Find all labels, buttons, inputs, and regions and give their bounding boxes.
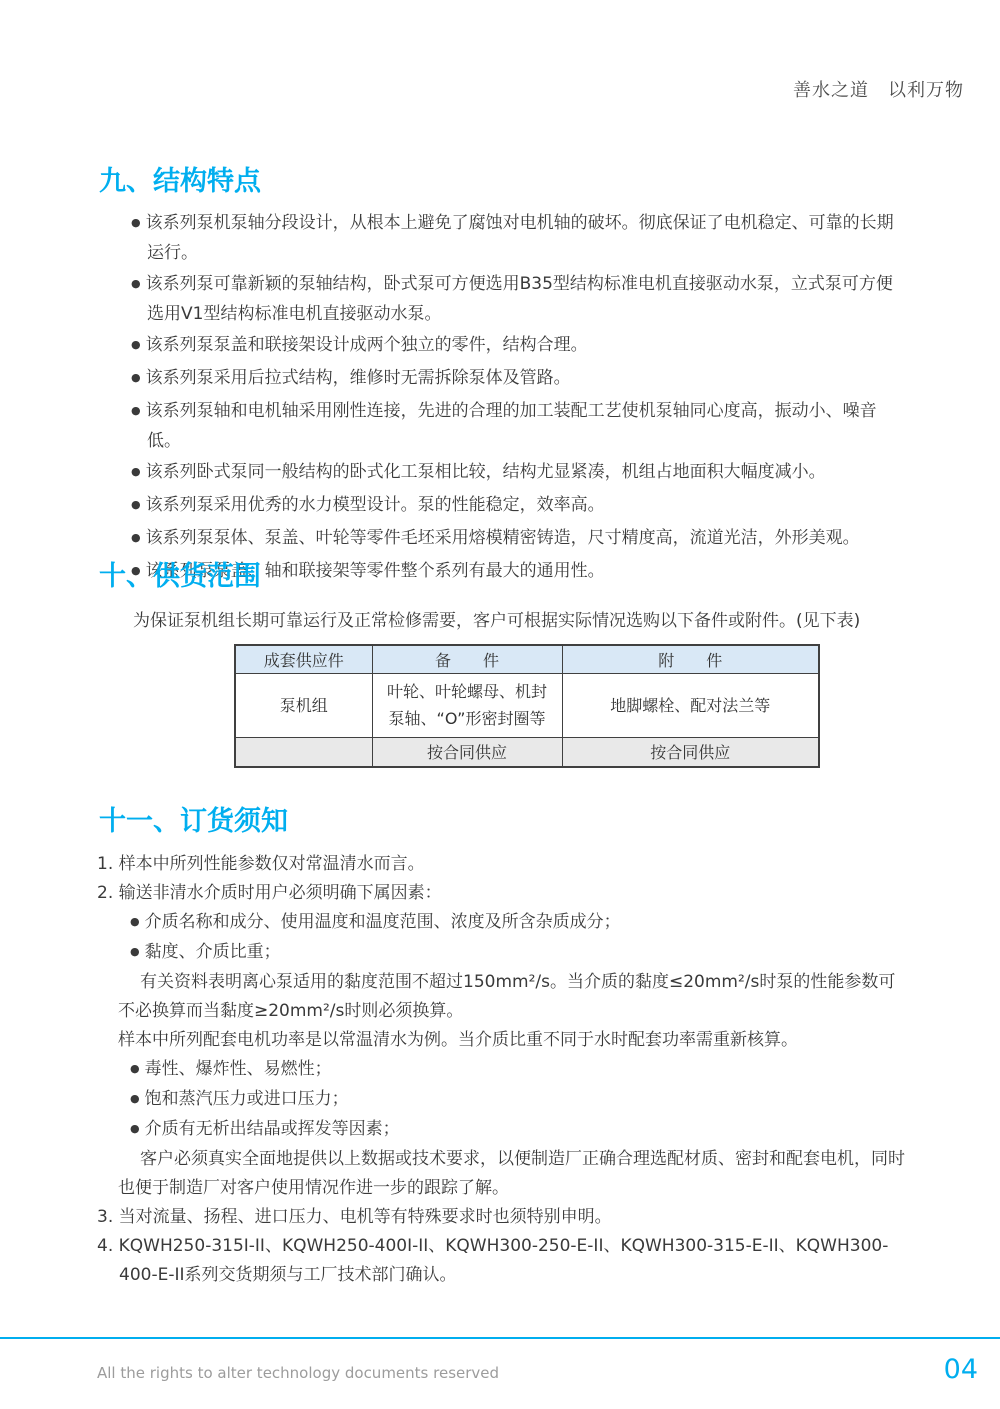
feature-item: 该系列泵可靠新颖的泵轴结构，卧式泵可方便选用B35型结构标准电机直接驱动水泵，立… [131, 270, 909, 328]
table-cell-per-contract-2: 按合同供应 [562, 737, 819, 767]
ordering-sub-bullet-e: 介质有无析出结晶或挥发等因素； [130, 1115, 909, 1145]
supply-table: 成套供应件 备 件 附 件 泵机组 叶轮、叶轮螺母、机封 泵轴、“O”形密封圈等… [234, 644, 820, 768]
table-header-row: 成套供应件 备 件 附 件 [235, 645, 819, 673]
feature-item: 该系列泵泵体、泵盖、叶轮等零件毛坯采用熔模精密铸造，尺寸精度高，流道光洁，外形美… [131, 524, 909, 554]
feature-item: 该系列泵采用优秀的水力模型设计。泵的性能稳定，效率高。 [131, 491, 909, 521]
ordering-item-4: 4. KQWH250-315I-II、KQWH250-400I-II、KQWH3… [97, 1232, 909, 1290]
table-cell-pump-unit: 泵机组 [235, 673, 372, 737]
footer-divider [0, 1337, 1000, 1339]
section-10-title: 十、供货范围 [99, 561, 261, 593]
feature-item: 该系列泵机泵轴分段设计，从根本上避免了腐蚀对电机轴的破坏。彻底保证了电机稳定、可… [131, 209, 909, 267]
ordering-item-3: 3. 当对流量、扬程、进口压力、电机等有特殊要求时也须特别申明。 [97, 1203, 909, 1232]
table-cell-empty [235, 737, 372, 767]
ordering-paragraph-viscosity: 有关资料表明离心泵适用的黏度范围不超过150mm²/s。当介质的黏度≤20mm²… [118, 968, 909, 1026]
feature-item: 该系列卧式泵同一般结构的卧式化工泵相比较，结构尤显紧凑，机组占地面积大幅度减小。 [131, 458, 909, 488]
catalog-page: 善水之道 以利万物 九、结构特点 该系列泵机泵轴分段设计，从根本上避免了腐蚀对电… [0, 0, 1000, 1409]
table-note-row: 按合同供应 按合同供应 [235, 737, 819, 767]
table-header-set-supply: 成套供应件 [235, 645, 372, 673]
ordering-sub-bullet-d: 饱和蒸汽压力或进口压力； [130, 1085, 909, 1115]
feature-item: 该系列泵泵盖和联接架设计成两个独立的零件，结构合理。 [131, 331, 909, 361]
brand-slogan: 善水之道 以利万物 [793, 76, 964, 102]
ordering-notes: 1. 样本中所列性能参数仅对常温清水而言。 2. 输送非清水介质时用户必须明确下… [97, 850, 909, 1290]
table-header-accessories: 附 件 [562, 645, 819, 673]
feature-list: 该系列泵机泵轴分段设计，从根本上避免了腐蚀对电机轴的破坏。彻底保证了电机稳定、可… [131, 209, 909, 590]
ordering-item-2: 2. 输送非清水介质时用户必须明确下属因素： [97, 879, 909, 908]
ordering-item-1: 1. 样本中所列性能参数仅对常温清水而言。 [97, 850, 909, 879]
ordering-paragraph-customer-data: 客户必须真实全面地提供以上数据或技术要求，以便制造厂正确合理选配材质、密封和配套… [118, 1145, 909, 1203]
table-header-spares: 备 件 [372, 645, 562, 673]
table-cell-accessories: 地脚螺栓、配对法兰等 [562, 673, 819, 737]
supply-intro: 为保证泵机组长期可靠运行及正常检修需要，客户可根据实际情况选购以下备件或附件。(… [133, 608, 953, 634]
table-cell-spares: 叶轮、叶轮螺母、机封 泵轴、“O”形密封圈等 [372, 673, 562, 737]
section-9-title: 九、结构特点 [99, 166, 261, 198]
table-cell-spares-line1: 叶轮、叶轮螺母、机封 [377, 678, 558, 705]
table-main-row: 泵机组 叶轮、叶轮螺母、机封 泵轴、“O”形密封圈等 地脚螺栓、配对法兰等 [235, 673, 819, 737]
ordering-sub-bullet-c: 毒性、爆炸性、易燃性； [130, 1055, 909, 1085]
table-cell-per-contract-1: 按合同供应 [372, 737, 562, 767]
page-number: 04 [944, 1354, 978, 1385]
section-11-title: 十一、订货须知 [99, 806, 288, 838]
footer-note: All the rights to alter technology docum… [97, 1364, 499, 1382]
ordering-paragraph-motor-power: 样本中所列配套电机功率是以常温清水为例。当介质比重不同于水时配套功率需重新核算。 [118, 1026, 909, 1055]
ordering-sub-bullet-a: 介质名称和成分、使用温度和温度范围、浓度及所含杂质成分； [130, 908, 909, 938]
feature-item: 该系列泵采用后拉式结构，维修时无需拆除泵体及管路。 [131, 364, 909, 394]
table-cell-spares-line2: 泵轴、“O”形密封圈等 [377, 705, 558, 732]
ordering-sub-bullet-b: 黏度、介质比重； [130, 938, 909, 968]
feature-item: 该系列泵轴和电机轴采用刚性连接，先进的合理的加工装配工艺使机泵轴同心度高，振动小… [131, 397, 909, 455]
